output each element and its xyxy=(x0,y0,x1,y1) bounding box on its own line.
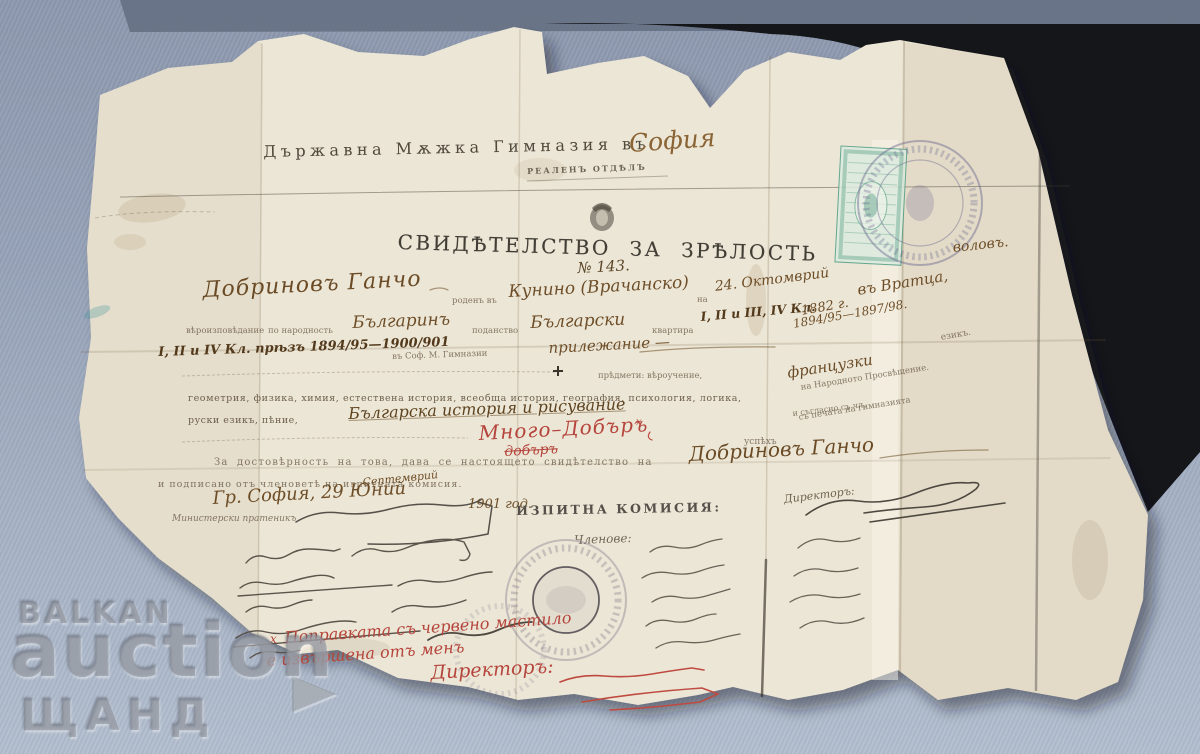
school-city-handwritten: София xyxy=(628,123,716,158)
members-label: Членове: xyxy=(574,531,632,547)
subjects-intro: прѣдмети: вѣроучение, xyxy=(598,371,702,381)
attestation-printed: За достовѣрность на това, дава се настоя… xyxy=(214,457,653,468)
coat-of-arms-icon xyxy=(590,203,614,231)
ministerial-envoy-label: Министерски пратеникъ xyxy=(172,514,296,524)
on-label: на xyxy=(697,295,708,305)
watermark-sub: ЩАНД xyxy=(20,690,216,741)
subjects-list-2: руски езикъ, пѣние, xyxy=(188,415,298,426)
left-panel-tint xyxy=(79,41,262,640)
citizenship-value: Български xyxy=(530,310,626,333)
citizenship-label: поданство xyxy=(472,326,518,336)
nationality-value: Българинъ xyxy=(352,310,450,333)
photo-of-certificate: Държавна Мѫжка Гимназия въ София РЕАЛЕНЪ… xyxy=(0,0,1200,754)
watermark-main: auction xyxy=(10,608,335,694)
grade-superscript: х xyxy=(636,417,642,428)
certificate-number: № 143. xyxy=(577,256,630,277)
nationality-label: по народность xyxy=(268,326,333,336)
religion-label: вѣроизповѣдание xyxy=(186,326,264,336)
born-label: роденъ въ xyxy=(452,296,497,306)
